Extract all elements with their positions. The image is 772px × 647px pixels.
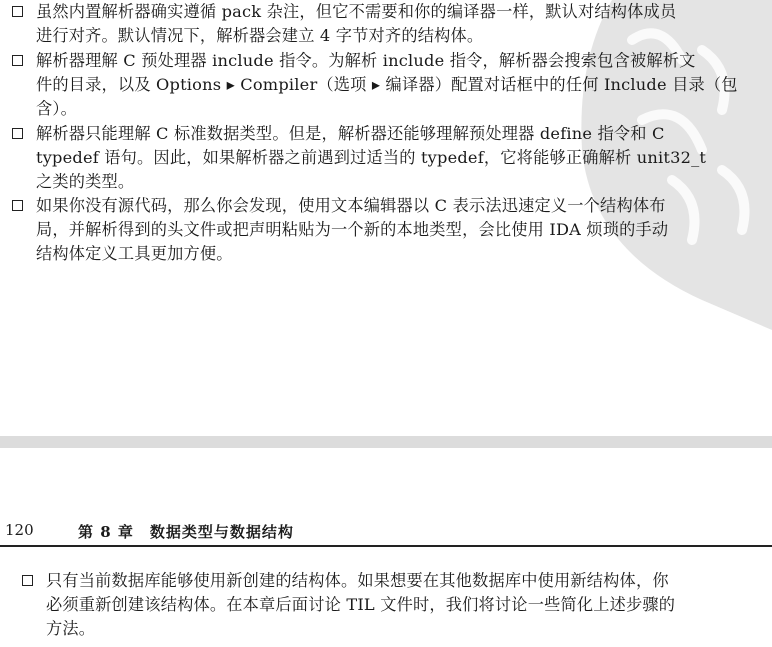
checkbox-bullet-icon	[22, 575, 33, 586]
text-line: 结构体定义工具更加方便。	[36, 244, 233, 264]
bullet-item-no-source: 如果你没有源代码，那么你会发现，使用文本编辑器以 C 表示法迅速定义一个结构体布…	[12, 196, 762, 266]
text-line: 含）。	[36, 99, 77, 119]
text-line: 必须重新创建该结构体。在本章后面讨论 TIL 文件时，我们将讨论一些简化上述步骤…	[46, 595, 675, 615]
text-line: 解析器理解 C 预处理器 include 指令。为解析 include 指令，解…	[36, 51, 696, 71]
bullet-item-pack: 虽然内置解析器确实遵循 pack 杂注，但它不需要和你的编译器一样，默认对结构体…	[12, 2, 762, 46]
bullet-item-include: 解析器理解 C 预处理器 include 指令。为解析 include 指令，解…	[12, 51, 762, 121]
page-number: 120	[5, 521, 34, 539]
checkbox-bullet-icon	[12, 128, 23, 139]
header-rule	[0, 545, 772, 547]
chapter-title: 第 8 章 数据类型与数据结构	[78, 521, 294, 542]
text-line: 局，并解析得到的头文件或把声明粘贴为一个新的本地类型，会比使用 IDA 烦琐的手…	[36, 220, 668, 240]
text-line: 件的目录，以及 Options ▸ Compiler（选项 ▸ 编译器）配置对话…	[36, 75, 738, 95]
text-line: 解析器只能理解 C 标准数据类型。但是，解析器还能够理解预处理器 define …	[36, 124, 665, 144]
running-header: 120 第 8 章 数据类型与数据结构	[0, 521, 772, 545]
text-line: 进行对齐。默认情况下，解析器会建立 4 字节对齐的结构体。	[36, 26, 483, 46]
text-line: 方法。	[46, 619, 95, 639]
text-line: 只有当前数据库能够使用新创建的结构体。如果想要在其他数据库中使用新结构体，你	[46, 571, 669, 591]
bullet-item-types: 解析器只能理解 C 标准数据类型。但是，解析器还能够理解预处理器 define …	[12, 124, 762, 194]
text-line: 之类的类型。	[36, 172, 134, 192]
page-top: 虽然内置解析器确实遵循 pack 杂注，但它不需要和你的编译器一样，默认对结构体…	[0, 0, 772, 436]
checkbox-bullet-icon	[12, 55, 23, 66]
checkbox-bullet-icon	[12, 200, 23, 211]
text-line: 虽然内置解析器确实遵循 pack 杂注，但它不需要和你的编译器一样，默认对结构体…	[36, 2, 676, 22]
text-line: typedef 语句。因此，如果解析器之前遇到过适当的 typedef，它将能够…	[36, 148, 706, 168]
page-break-divider	[0, 436, 772, 448]
text-line: 如果你没有源代码，那么你会发现，使用文本编辑器以 C 表示法迅速定义一个结构体布	[36, 196, 666, 216]
checkbox-bullet-icon	[12, 6, 23, 17]
bullet-item-database: 只有当前数据库能够使用新创建的结构体。如果想要在其他数据库中使用新结构体，你 必…	[22, 571, 767, 641]
